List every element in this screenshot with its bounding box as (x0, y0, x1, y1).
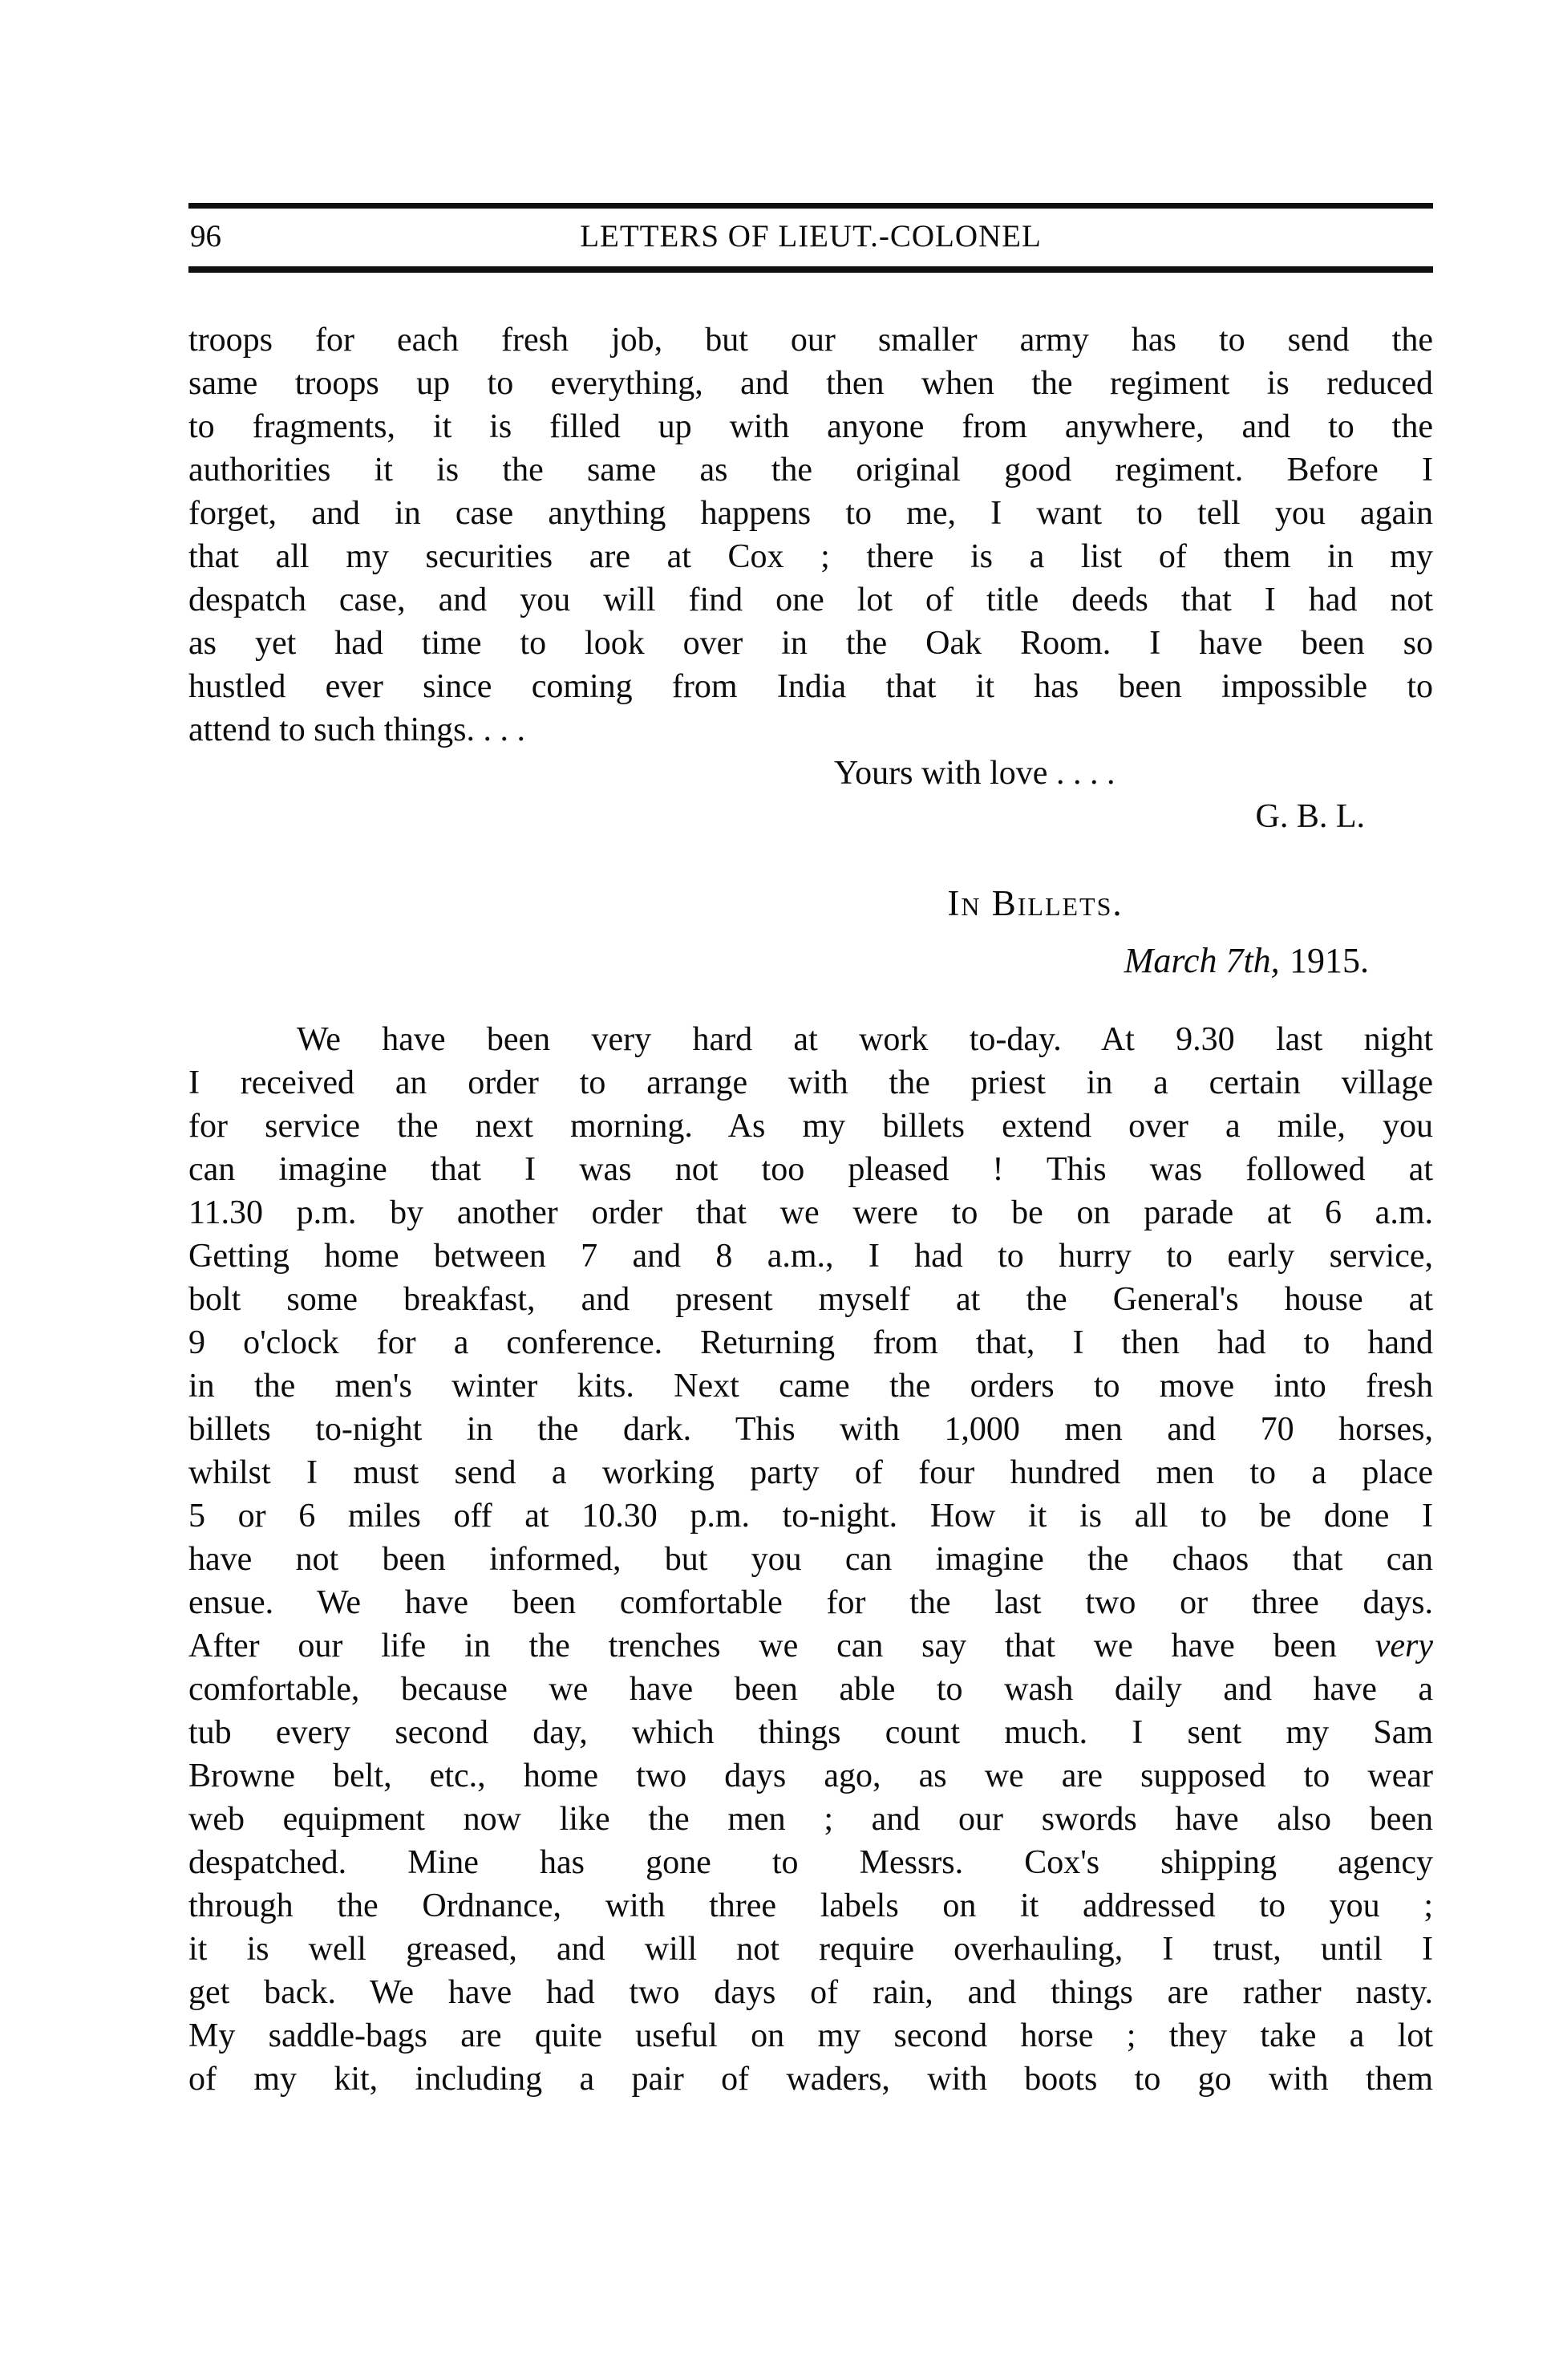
running-header: 96 LETTERS OF LIEUT.-COLONEL (188, 217, 1433, 257)
text-line-with-italic: After our life in the trenches we can sa… (188, 1624, 1433, 1668)
text-line: have not been informed, but you can imag… (188, 1538, 1433, 1581)
text-line: authorities it is the same as the origin… (188, 448, 1433, 492)
letter-ending-section: troops for each fresh job, but our small… (188, 318, 1433, 838)
text-line: despatch case, and you will find one lot… (188, 578, 1433, 622)
header-rule-bottom (188, 266, 1433, 273)
letter-place-heading: In Billets. (638, 882, 1433, 925)
text-line: hustled ever since coming from India tha… (188, 665, 1433, 708)
text-line: for service the next morning. As my bill… (188, 1105, 1433, 1148)
text-line: whilst I must send a working party of fo… (188, 1451, 1433, 1494)
text-line: My saddle-bags are quite useful on my se… (188, 2014, 1433, 2058)
italic-word: very (1375, 1628, 1433, 1664)
text-line: through the Ordnance, with three labels … (188, 1884, 1433, 1928)
text-line: as yet had time to look over in the Oak … (188, 622, 1433, 665)
text-line: get back. We have had two days of rain, … (188, 1971, 1433, 2014)
running-title: LETTERS OF LIEUT.-COLONEL (580, 217, 1042, 257)
text-line: ensue. We have been comfortable for the … (188, 1581, 1433, 1624)
header-rule-top (188, 203, 1433, 209)
text-line: forget, and in case anything happens to … (188, 492, 1433, 535)
text-line: billets to-night in the dark. This with … (188, 1408, 1433, 1451)
text-line: despatched. Mine has gone to Messrs. Cox… (188, 1841, 1433, 1884)
text-line: 11.30 p.m. by another order that we were… (188, 1191, 1433, 1235)
text-line: in the men's winter kits. Next came the … (188, 1364, 1433, 1408)
text-line: troops for each fresh job, but our small… (188, 318, 1433, 362)
text-line: Browne belt, etc., home two days ago, as… (188, 1754, 1433, 1798)
signature-initials: G. B. L. (188, 795, 1433, 838)
text-line: of my kit, including a pair of waders, w… (188, 2058, 1433, 2101)
text-line: to fragments, it is filled up with anyon… (188, 405, 1433, 448)
text-line: bolt some breakfast, and present myself … (188, 1278, 1433, 1321)
text-line: attend to such things. . . . (188, 708, 1433, 752)
text-line: 9 o'clock for a conference. Returning fr… (188, 1321, 1433, 1364)
letter-body: We have been very hard at work to-day. A… (188, 1018, 1433, 2101)
text-line: it is well greased, and will not require… (188, 1928, 1433, 1971)
text-line: web equipment now like the men ; and our… (188, 1798, 1433, 1841)
book-page: 96 LETTERS OF LIEUT.-COLONEL troops for … (0, 0, 1567, 2380)
letter-date-month-day: March 7th, (1124, 941, 1280, 980)
text-line: can imagine that I was not too pleased !… (188, 1148, 1433, 1191)
letter-date-year: 1915. (1290, 941, 1369, 980)
text-line: same troops up to everything, and then w… (188, 362, 1433, 405)
letter-in-billets-section: In Billets. March 7th,1915. We have been… (188, 882, 1433, 2101)
text-line: tub every second day, which things count… (188, 1711, 1433, 1754)
text-line: Getting home between 7 and 8 a.m., I had… (188, 1235, 1433, 1278)
text-line: I received an order to arrange with the … (188, 1061, 1433, 1105)
letter-date-line: March 7th,1915. (188, 939, 1433, 983)
page-body: 96 LETTERS OF LIEUT.-COLONEL troops for … (188, 0, 1433, 2101)
page-number: 96 (190, 217, 221, 257)
text-line: We have been very hard at work to-day. A… (188, 1018, 1433, 1061)
valediction-line: Yours with love . . . . (834, 752, 1433, 795)
text-line: comfortable, because we have been able t… (188, 1668, 1433, 1711)
text-line: 5 or 6 miles off at 10.30 p.m. to-night.… (188, 1494, 1433, 1538)
text-line: that all my securities are at Cox ; ther… (188, 535, 1433, 578)
text-run: After our life in the trenches we can sa… (188, 1628, 1337, 1664)
